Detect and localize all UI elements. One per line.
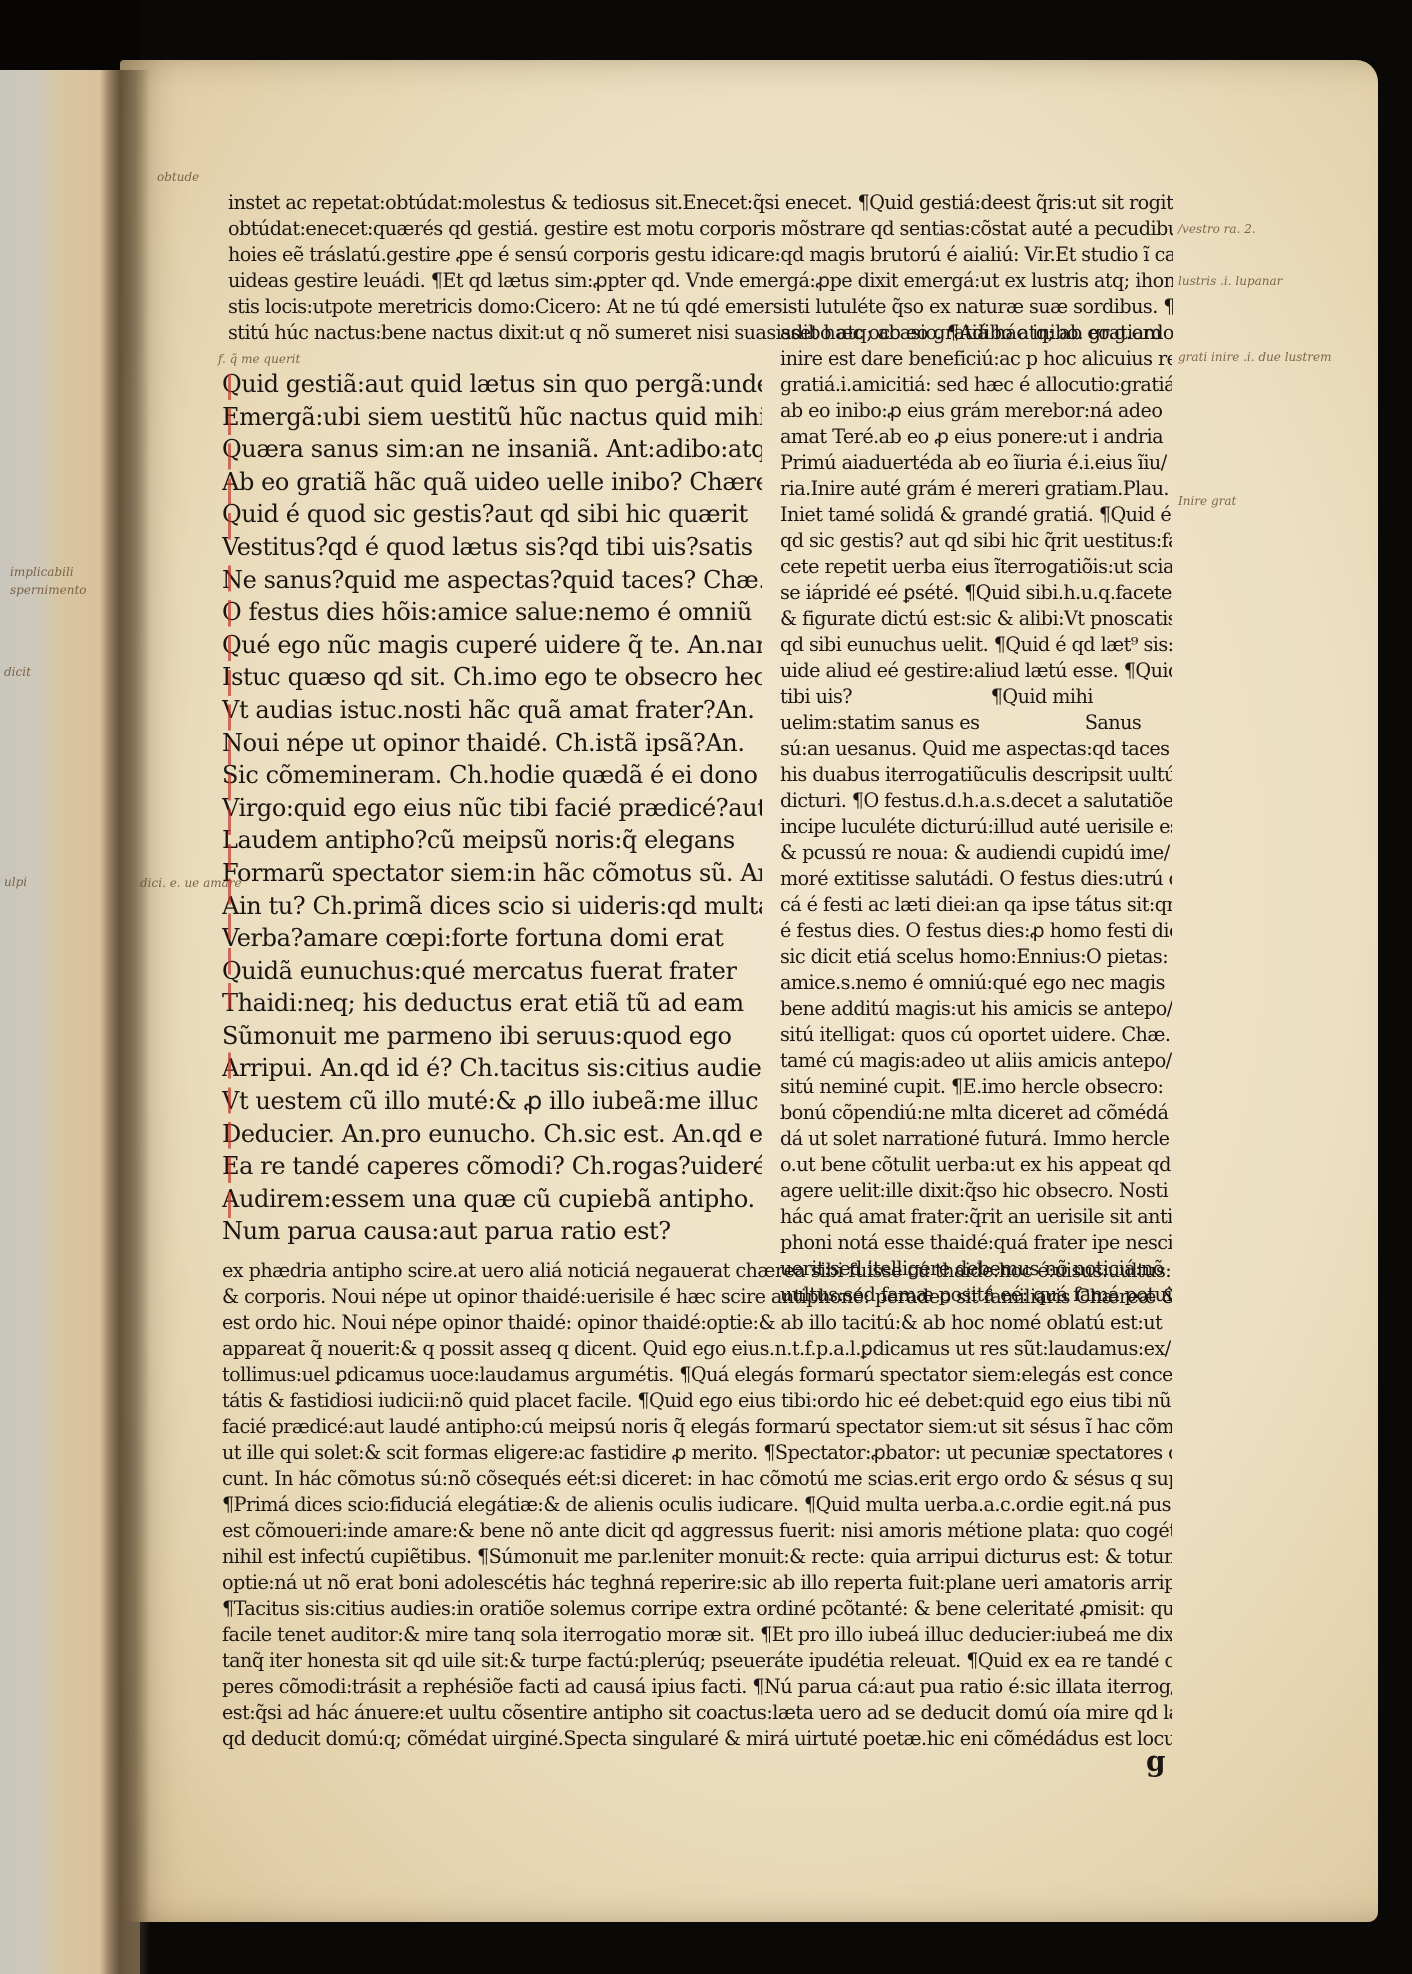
- commentary-line: ex phædria antipho scire.at uero aliá no…: [222, 1258, 1172, 1284]
- verse-line: Ne sanus?quid me aspectas?quid taces? Ch…: [222, 564, 762, 597]
- commentary-line: sic dicit etiá scelus homo:Ennius:O piet…: [780, 944, 1172, 970]
- signature-mark: g: [1146, 1745, 1166, 1778]
- commentary-line: obtúdat:enecet:quærés qd gestiá. gestire…: [228, 216, 1173, 242]
- commentary-line: Iniet tamé solidá & grandé gratiá. ¶Quid…: [780, 502, 1172, 528]
- commentary-line: phoni notá esse thaidé:quá frater ipe ne…: [780, 1230, 1172, 1256]
- verse-line: Quæra sanus sim:an ne insaniã. Ant:adibo…: [222, 433, 762, 466]
- commentary-line: tollimus:uel ꝑdicamus uoce:laudamus argu…: [222, 1362, 1172, 1388]
- commentary-line: ria.Inire auté grám é mereri gratiam.Pla…: [780, 476, 1172, 502]
- commentary-line: é festus dies. O festus dies:ꝓ homo fest…: [780, 918, 1172, 944]
- verse-line: Thaidi:neq; his deductus erat etiã tũ ad…: [222, 987, 762, 1020]
- binding-gutter: [100, 70, 150, 1974]
- verse-line: Noui népe ut opinor thaidé. Ch.istã ipsã…: [222, 727, 762, 760]
- commentary-line: se iápridé eé ꝑsété. ¶Quid sibi.h.u.q.fa…: [780, 580, 1172, 606]
- commentary-line: qd sic gestis? aut qd sibi hic q̃rit ues…: [780, 528, 1172, 554]
- verse-line: Arripui. An.qd id é? Ch.tacitus sis:citi…: [222, 1052, 762, 1085]
- commentary-line: cá é festi ac læti diei:an qa ipse tátus…: [780, 892, 1172, 918]
- commentary-line: stis locis:utpote meretricis domo:Cicero…: [228, 294, 1173, 320]
- commentary-line: agere uelit:ille dixit:q̃so hic obsecro.…: [780, 1178, 1172, 1204]
- commentary-line: hác quá amat frater:q̃rit an uerisile si…: [780, 1204, 1172, 1230]
- marginal-note-left-page-1: implicabili: [10, 565, 74, 579]
- verse-line: Sic cõmemineram. Ch.hodie quædã é ei don…: [222, 759, 762, 792]
- commentary-line: bene additú magis:ut his amicis se antep…: [780, 996, 1172, 1022]
- commentary-line: qd deducit domú:q; cõmédat uirginé.Spect…: [222, 1726, 1172, 1752]
- commentary-line: hoies eẽ tráslatú.gestire ꝓpe é sensú co…: [228, 242, 1173, 268]
- commentary-line: sú:an uesanus. Quid me aspectas:qd taces: [780, 736, 1172, 762]
- commentary-line: est:q̃si ad hác ánuere:et uultu cõsentir…: [222, 1700, 1172, 1726]
- commentary-line: ab eo inibo:ꝓ eius grám merebor:ná adeo: [780, 398, 1172, 424]
- commentary-line: nihil est infectú cupiẽtibus. ¶Súmonuit …: [222, 1544, 1172, 1570]
- commentary-line: est ordo hic. Noui népe opinor thaidé: o…: [222, 1310, 1172, 1336]
- commentary-line: dá ut solet narrationé futurá. Immo herc…: [780, 1126, 1172, 1152]
- commentary-line: amice.s.nemo é omniú:qué ego nec magis: [780, 970, 1172, 996]
- marginal-note-top-left: obtude: [157, 170, 199, 184]
- marginal-note-above-verse: f. q̃ me querit: [218, 352, 300, 366]
- commentary-line: uideas gestire leuádi. ¶Et qd lætus sim:…: [228, 268, 1173, 294]
- commentary-line: his duabus iterrogatiũculis descripsit u…: [780, 762, 1172, 788]
- verse-line: Deducier. An.pro eunucho. Ch.sic est. An…: [222, 1118, 762, 1151]
- commentary-line: moré extitisse salutádi. O festus dies:u…: [780, 866, 1172, 892]
- commentary-line: o.ut bene cõtulit uerba:ut ex his appeat…: [780, 1152, 1172, 1178]
- marginal-note-inire: Inire grat: [1178, 494, 1236, 508]
- commentary-line: cete repetit uerba eius ĩterrogatiõis:ut…: [780, 554, 1172, 580]
- verse-line: Sũmonuit me parmeno ibi seruus:quod ego: [222, 1020, 762, 1053]
- commentary-line: ut ille qui solet:& scit formas eligere:…: [222, 1440, 1172, 1466]
- commentary-line: inire est dare beneficiú:ac p hoc alicui…: [780, 346, 1172, 372]
- commentary-line: facile tenet auditor:& mire tanq sola it…: [222, 1622, 1172, 1648]
- commentary-line: amat Teré.ab eo ꝓ eius ponere:ut i andri…: [780, 424, 1172, 450]
- commentary-line: & figurate dictú est:sic & alibi:Vt pnos…: [780, 606, 1172, 632]
- commentary-line: instet ac repetat:obtúdat:molestus & ted…: [228, 190, 1173, 216]
- verse-line: Ab eo gratiã hãc quã uideo uelle inibo? …: [222, 466, 762, 499]
- verse-line: O festus dies hõis:amice salue:nemo é om…: [222, 596, 762, 629]
- background-top-left: [0, 0, 140, 70]
- verse-column: Quid gestiã:aut quid lætus sin quo pergã…: [222, 368, 762, 1248]
- verse-line: Quidã eunuchus:qué mercatus fuerat frate…: [222, 955, 762, 988]
- commentary-line: appareat q̃ nouerit:& q possit asseq q d…: [222, 1336, 1172, 1362]
- marginal-note-left-page-3: dicit: [4, 665, 31, 679]
- verse-line: Laudem antipho?cũ meipsũ noris:q̃ elegan…: [222, 824, 762, 857]
- commentary-line: uelim:statim sanus es Sanus: [780, 710, 1172, 736]
- verse-line: Quid gestiã:aut quid lætus sin quo pergã…: [222, 368, 762, 401]
- commentary-line: peres cõmodi:trásit a rephésiõe facti ad…: [222, 1674, 1172, 1700]
- marginal-note-left-page-4: ulpi: [4, 875, 27, 889]
- verse-line: Emergã:ubi siem uestitũ hũc nactus quid …: [222, 401, 762, 434]
- verse-line: Ain tu? Ch.primã dices scio si uideris:q…: [222, 890, 762, 923]
- marginal-note-lustris: lustris .i. lupanar: [1178, 274, 1282, 288]
- verse-line: Formarũ spectator siem:in hãc cõmotus sũ…: [222, 857, 762, 890]
- verse-line: Virgo:quid ego eius nũc tibi facié prædi…: [222, 792, 762, 825]
- commentary-line: optie:ná ut nõ erat boni adolescétis hác…: [222, 1570, 1172, 1596]
- verse-line: Vt uestem cũ illo muté:& ꝓ illo iubeã:me…: [222, 1085, 762, 1118]
- verse-line: Audirem:essem una quæ cũ cupiebã antipho…: [222, 1183, 762, 1216]
- commentary-line: ¶Primá dices scio:fiduciá elegátiæ:& de …: [222, 1492, 1172, 1518]
- commentary-line: tibi uis? ¶Quid mihi: [780, 684, 1172, 710]
- commentary-line: ¶Tacitus sis:citius audies:in oratiõe so…: [222, 1596, 1172, 1622]
- verse-line: Vt audias istuc.nosti hãc quã amat frate…: [222, 694, 762, 727]
- marginal-note-gratiam: grati inire .i. due lustrem: [1178, 350, 1331, 364]
- commentary-line: tanq̃ iter honesta sit qd uile sit:& tur…: [222, 1648, 1172, 1674]
- side-commentary: adibo atq; ab eo gratiá hác inibo. grati…: [780, 320, 1172, 1308]
- verse-line: Quid é quod sic gestis?aut qd sibi hic q…: [222, 498, 762, 531]
- verse-line: Qué ego nũc magis cuperé uidere q̃ te. A…: [222, 629, 762, 662]
- commentary-line: qd sibi eunuchus uelit. ¶Quid é qd læt⁹ …: [780, 632, 1172, 658]
- verse-line: Verba?amare cœpi:forte fortuna domi erat: [222, 922, 762, 955]
- commentary-line: cunt. In hác cõmotus sú:nõ cõsequés eét:…: [222, 1466, 1172, 1492]
- verse-line: Vestitus?qd é quod lætus sis?qd tibi uis…: [222, 531, 762, 564]
- verse-line: Num parua causa:aut parua ratio est?: [222, 1215, 762, 1248]
- commentary-line: tátis & fastidiosi iudicii:nõ quid place…: [222, 1388, 1172, 1414]
- commentary-line: uide aliud eé gestire:aliud lætú esse. ¶…: [780, 658, 1172, 684]
- commentary-line: facié prædicé:aut laudé antipho:cú meips…: [222, 1414, 1172, 1440]
- commentary-line: bonú cõpendiú:ne mlta diceret ad cõmédá: [780, 1100, 1172, 1126]
- commentary-line: sitú neminé cupit. ¶E.imo hercle obsecro…: [780, 1074, 1172, 1100]
- bottom-commentary: ex phædria antipho scire.at uero aliá no…: [222, 1258, 1172, 1752]
- rubrication-strokes: [228, 368, 236, 1248]
- marginal-note-left-page-2: spernimento: [10, 583, 87, 597]
- commentary-line: dicturi. ¶O festus.d.h.a.s.decet a salut…: [780, 788, 1172, 814]
- commentary-line: est cõmoueri:inde amare:& bene nõ ante d…: [222, 1518, 1172, 1544]
- marginal-note-vestro: /vestro ra. 2.: [1178, 222, 1256, 236]
- commentary-line: gratiá.i.amicitiá: sed hæc é allocutio:g…: [780, 372, 1172, 398]
- commentary-line: Primú aiaduertéda ab eo ĩiuria é.i.eius …: [780, 450, 1172, 476]
- commentary-line: adibo atq; ab eo gratiá hác inibo. grati…: [780, 320, 1172, 346]
- verse-line: Ea re tandé caperes cõmodi? Ch.rogas?uid…: [222, 1150, 762, 1183]
- verse-line: Istuc quæso qd sit. Ch.imo ego te obsecr…: [222, 661, 762, 694]
- commentary-line: incipe luculéte dicturú:illud auté ueris…: [780, 814, 1172, 840]
- commentary-line: sitú itelligat: quos cú oportet uidere. …: [780, 1022, 1172, 1048]
- commentary-line: & pcussú re noua: & audiendi cupidú ime/: [780, 840, 1172, 866]
- commentary-line: tamé cú magis:adeo ut aliis amicis antep…: [780, 1048, 1172, 1074]
- commentary-line: & corporis. Noui népe ut opinor thaidé:u…: [222, 1284, 1172, 1310]
